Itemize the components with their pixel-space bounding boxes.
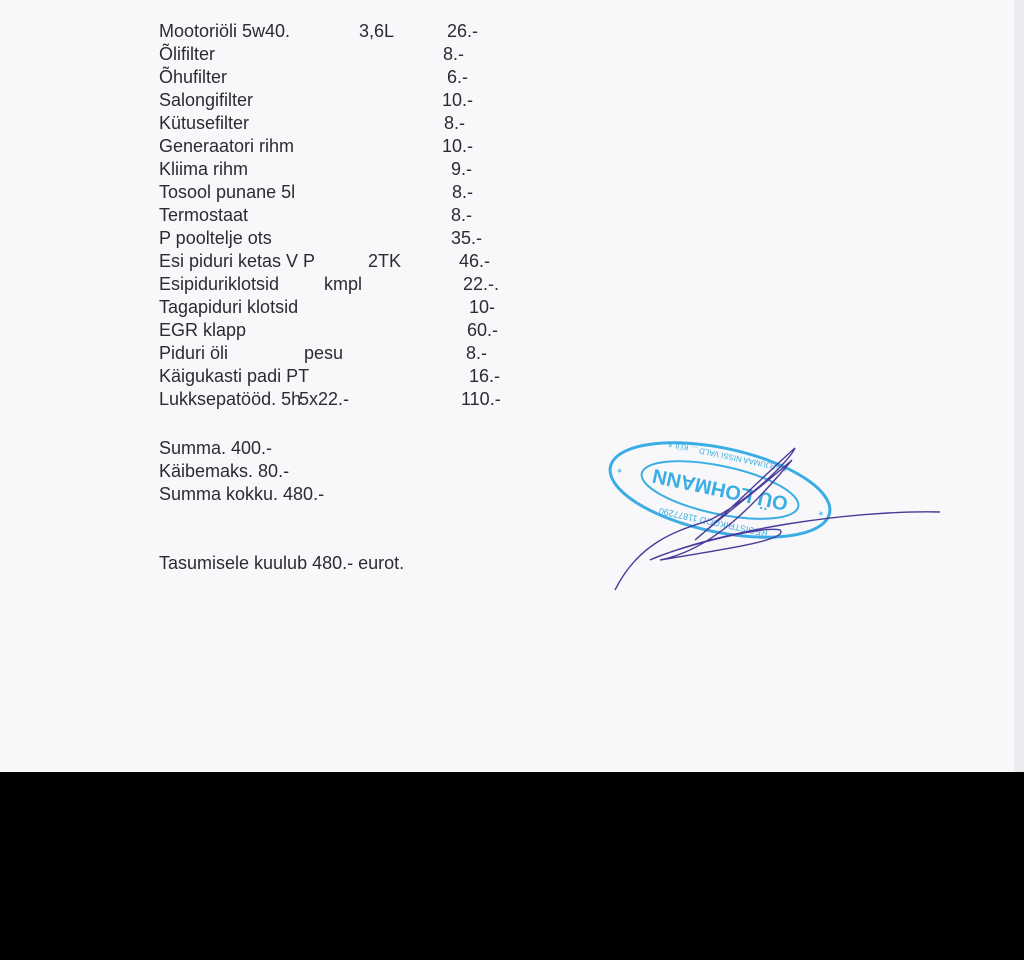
item-price: 8.- xyxy=(466,342,487,365)
item-detail: pesu xyxy=(304,342,343,365)
item-detail: 3,6L xyxy=(359,20,394,43)
item-price: 22.-. xyxy=(463,273,499,296)
item-name: Termostaat xyxy=(159,204,248,227)
item-price: 6.- xyxy=(447,66,468,89)
item-detail: 5x22.- xyxy=(299,388,349,411)
item-price: 10.- xyxy=(442,89,473,112)
vat-amount: Käibemaks. 80.- xyxy=(159,460,324,483)
item-name: Generaatori rihm xyxy=(159,135,294,158)
item-name: Õlifilter xyxy=(159,43,215,66)
svg-text:*: * xyxy=(616,461,624,476)
item-price: 60.- xyxy=(467,319,498,342)
item-detail: 2TK xyxy=(368,250,401,273)
subtotal: Summa. 400.- xyxy=(159,437,324,460)
item-price: 8.- xyxy=(452,181,473,204)
item-name: Esipiduriklotsid xyxy=(159,273,279,296)
item-name: Piduri öli xyxy=(159,342,228,365)
invoice-totals: Summa. 400.- Käibemaks. 80.- Summa kokku… xyxy=(159,437,324,506)
svg-text:*: * xyxy=(817,504,825,519)
item-price: 8.- xyxy=(443,43,464,66)
grand-total: Summa kokku. 480.- xyxy=(159,483,324,506)
item-name: Tosool punane 5l xyxy=(159,181,295,204)
item-name: EGR klapp xyxy=(159,319,246,342)
item-name: Tagapiduri klotsid xyxy=(159,296,298,319)
item-price: 35.- xyxy=(451,227,482,250)
payment-note: Tasumisele kuulub 480.- eurot. xyxy=(159,553,404,574)
item-detail: kmpl xyxy=(324,273,362,296)
scanned-invoice-page: Mootoriöli 5w40.3,6L26.-Õlifilter8.-Õhuf… xyxy=(0,0,1014,772)
item-price: 10- xyxy=(469,296,495,319)
item-price: 8.- xyxy=(444,112,465,135)
item-name: Kütusefilter xyxy=(159,112,249,135)
item-price: 8.- xyxy=(451,204,472,227)
item-name: Kliima rihm xyxy=(159,158,248,181)
item-name: Esi piduri ketas V P xyxy=(159,250,315,273)
item-name: Mootoriöli 5w40. xyxy=(159,20,290,43)
svg-text:HARJUMAA NISSI VALD ... KÜLA: HARJUMAA NISSI VALD ... KÜLA xyxy=(666,439,787,473)
item-price: 10.- xyxy=(442,135,473,158)
item-price: 16.- xyxy=(469,365,500,388)
item-price: 9.- xyxy=(451,158,472,181)
item-name: Käigukasti padi PT xyxy=(159,365,309,388)
item-name: Salongifilter xyxy=(159,89,253,112)
company-stamp-with-signature: OÜ LOHMANN REGISTRIKOOD 11877290 HARJUMA… xyxy=(600,430,950,600)
item-price: 26.- xyxy=(447,20,478,43)
item-name: P pooltelje ots xyxy=(159,227,272,250)
scan-edge xyxy=(1014,0,1024,772)
item-name: Lukksepatööd. 5h xyxy=(159,388,301,411)
item-price: 46.- xyxy=(459,250,490,273)
stamp-icon: OÜ LOHMANN REGISTRIKOOD 11877290 HARJUMA… xyxy=(602,430,839,554)
item-name: Õhufilter xyxy=(159,66,227,89)
item-price: 110.- xyxy=(461,388,501,411)
